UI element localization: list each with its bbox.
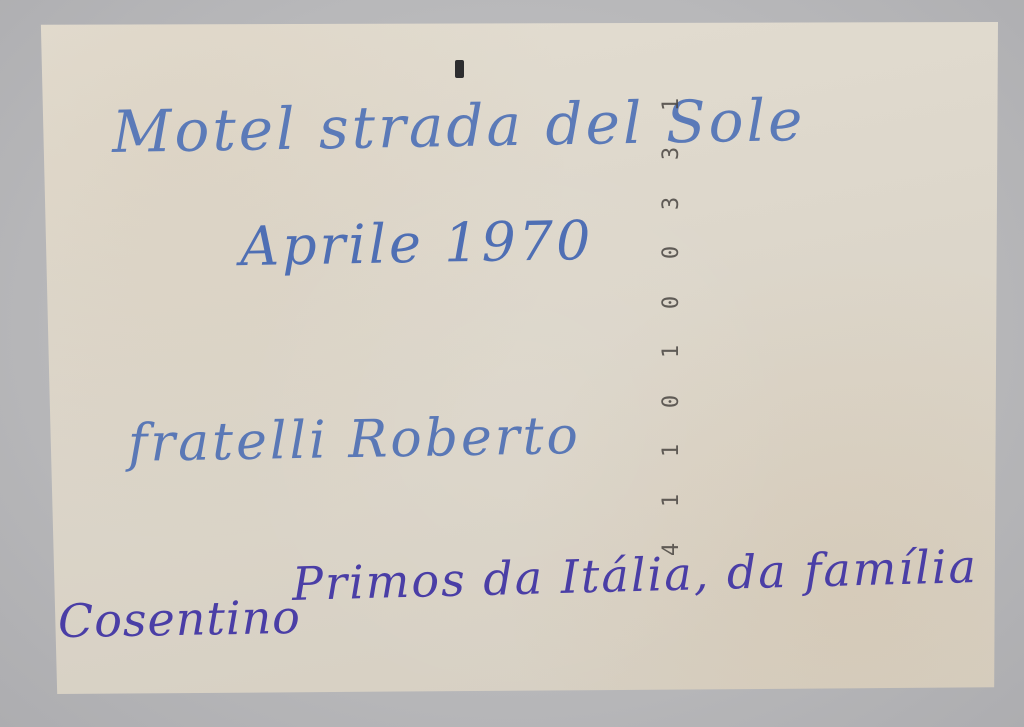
stamp-digit: 0 — [660, 296, 685, 309]
handwritten-names: fratelli Roberto — [128, 406, 582, 474]
handwritten-location: Motel strada del Sole — [111, 86, 806, 166]
stamp-digit: 1 — [660, 493, 685, 506]
handwritten-family-name: Cosentino — [58, 590, 302, 648]
stamp-digit: 3 — [660, 197, 685, 210]
stamp-digit: 1 — [660, 444, 685, 457]
stamped-serial-number: 4 1 1 0 1 0 0 3 3 1 — [652, 92, 692, 562]
stamp-digit: 3 — [660, 147, 685, 160]
stamp-digit: 1 — [660, 98, 685, 111]
stamp-digit: 1 — [660, 345, 685, 358]
handwritten-date: Aprile 1970 — [239, 209, 594, 278]
stamp-digit: 4 — [660, 543, 685, 556]
stamp-digit: 0 — [660, 246, 685, 259]
ink-mark — [455, 60, 464, 78]
stamp-digit: 0 — [660, 395, 685, 408]
